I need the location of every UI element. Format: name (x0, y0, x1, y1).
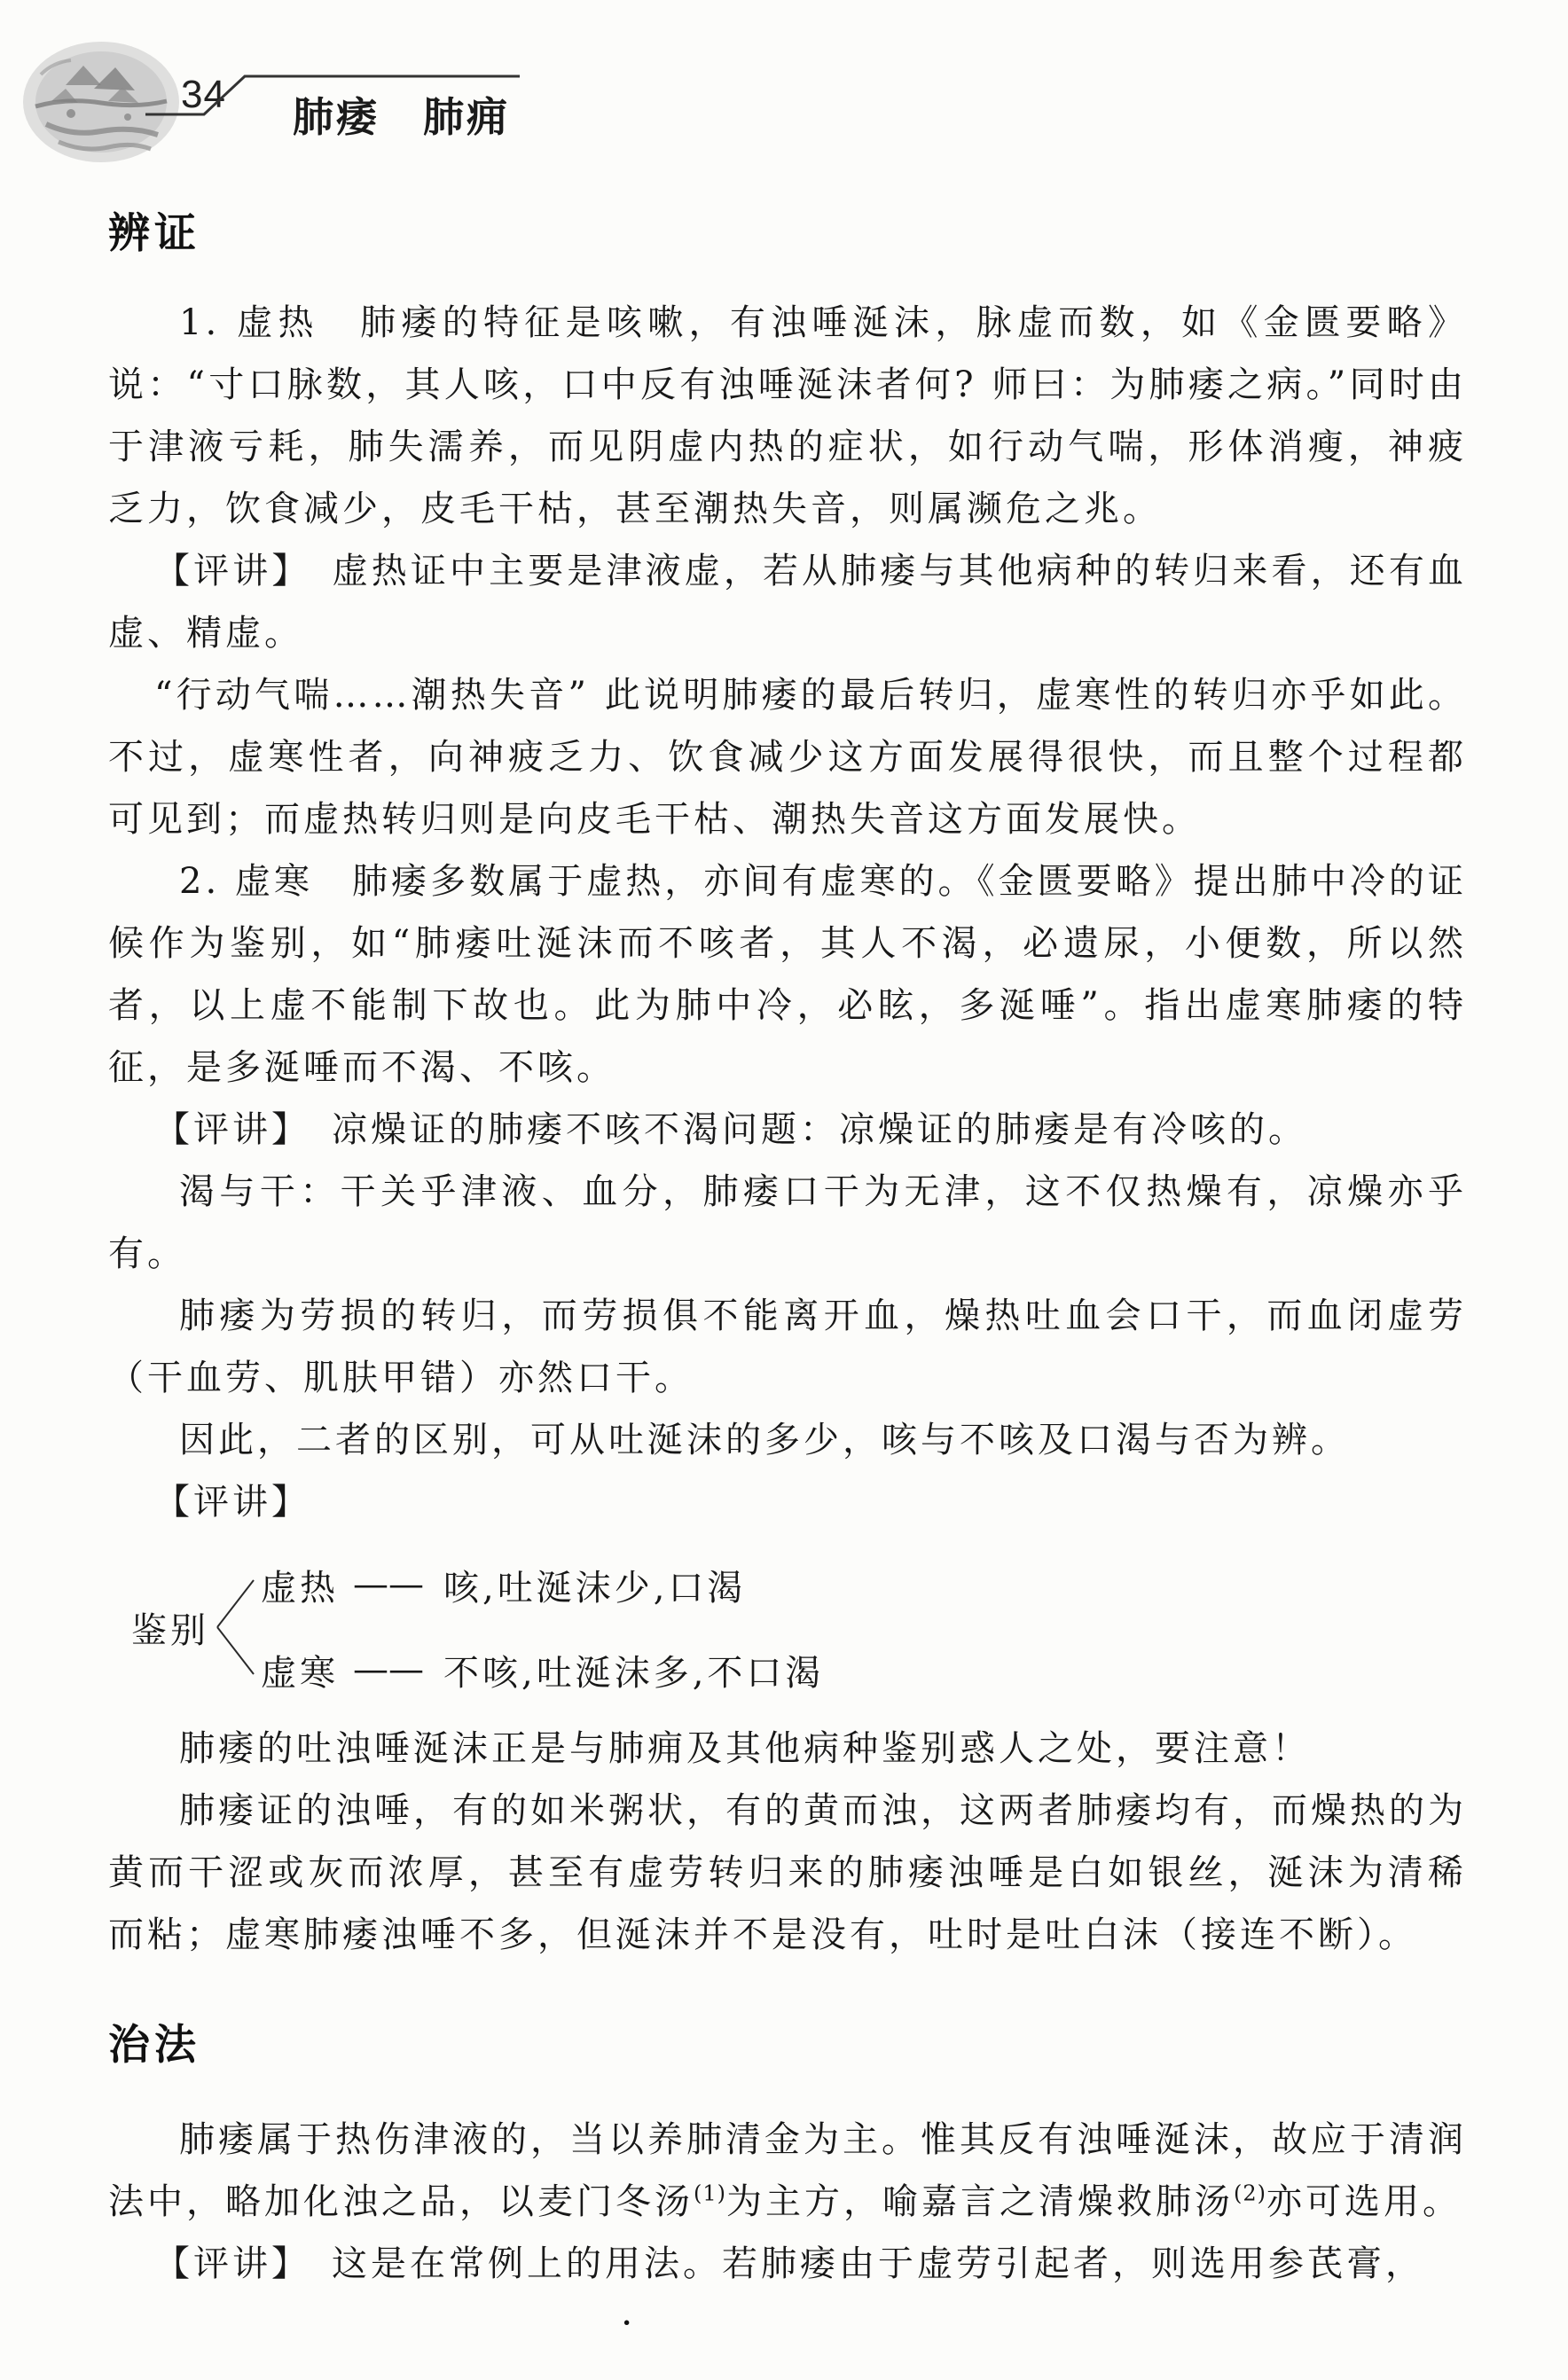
branch-xure-name: 虚热 (261, 1560, 339, 1610)
paragraph-xure: 1. 虚热 肺痿的特征是咳嗽，有浊唾涎沫，脉虚而数，如《金匮要略》说：“寸口脉数… (108, 292, 1467, 540)
treatment-text-b: 为主方，喻嘉言之清燥救肺汤 (726, 2181, 1234, 2222)
paragraph-xuhan: 2. 虚寒 肺痿多数属于虚热，亦间有虚寒的。《金匮要略》提出肺中冷的证候作为鉴别… (108, 850, 1467, 1099)
section-heading-bianzheng: 辨证 (108, 200, 1467, 260)
footnote-ref-2: (2) (1234, 2181, 1266, 2206)
paragraph-sputum-types: 肺痿证的浊唾，有的如米粥状，有的黄而浊，这两者肺痿均有，而燥热的为黄而干涩或灰而… (108, 1780, 1467, 1966)
branch-xure-desc: 咳,吐涎沫少,口渴 (443, 1560, 746, 1610)
branch-xure-dash: —— (353, 1564, 424, 1605)
diagram-root-label: 鉴别 (131, 1602, 209, 1653)
paragraph-distinction: 因此，二者的区别，可从吐涎沫的多少，咳与不咳及口渴与否为辨。 (108, 1409, 1467, 1471)
differentiation-diagram: 鉴别 虚热 —— 咳,吐涎沫少,口渴 虚寒 —— 不咳,吐涎沫多,不口渴 (131, 1542, 1467, 1712)
branch-xuhan-desc: 不咳,吐涎沫多,不口渴 (443, 1645, 824, 1695)
treatment-text-c: 亦可选用。 (1266, 2181, 1462, 2222)
paragraph-attention: 肺痿的吐浊唾涎沫正是与肺痈及其他病种鉴别惑人之处，要注意！ (108, 1718, 1467, 1780)
paragraph-pingjiang-2: 【评讲】 凉燥证的肺痿不咳不渴问题：凉燥证的肺痿是有冷咳的。 (108, 1099, 1467, 1161)
center-dot-mark: · (621, 2306, 1467, 2341)
paragraph-quote-transition: “行动气喘……潮热失音” 此说明肺痿的最后转归，虚寒性的转归亦乎如此。不过，虚寒… (108, 664, 1467, 850)
chapter-title: 肺痿 肺痈 (293, 85, 510, 144)
pingjiang-label: 【评讲】 (108, 1471, 1467, 1533)
paragraph-laosun: 肺痿为劳损的转归，而劳损俱不能离开血，燥热吐血会口干，而血闭虚劳（干血劳、肌肤甲… (108, 1285, 1467, 1409)
paragraph-pingjiang-3: 【评讲】 这是在常例上的用法。若肺痿由于虚劳引起者，则选用参芪膏， (108, 2233, 1467, 2295)
fork-lines (215, 1561, 255, 1694)
paragraph-treatment: 肺痿属于热伤津液的，当以养肺清金为主。惟其反有浊唾涎沫，故应于清润法中，略加化浊… (108, 2109, 1467, 2233)
branch-xure: 虚热 —— 咳,吐涎沫少,口渴 (261, 1542, 824, 1627)
paragraph-pingjiang-1: 【评讲】 虚热证中主要是津液虚，若从肺痿与其他病种的转归来看，还有血虚、精虚。 (108, 540, 1467, 664)
branch-xuhan-dash: —— (353, 1649, 424, 1690)
branch-xuhan-name: 虚寒 (261, 1645, 339, 1695)
page-body: 辨证 1. 虚热 肺痿的特征是咳嗽，有浊唾涎沫，脉虚而数，如《金匮要略》说：“寸… (108, 200, 1467, 2341)
paragraph-ke-yu-gan: 渴与干：干关乎津液、血分，肺痿口干为无津，这不仅热燥有，凉燥亦乎有。 (108, 1161, 1467, 1285)
section-heading-zhifa: 治法 (108, 2012, 1467, 2071)
footnote-ref-1: (1) (694, 2181, 726, 2206)
diagram-branches: 虚热 —— 咳,吐涎沫少,口渴 虚寒 —— 不咳,吐涎沫多,不口渴 (261, 1542, 824, 1712)
branch-xuhan: 虚寒 —— 不咳,吐涎沫多,不口渴 (261, 1627, 824, 1712)
